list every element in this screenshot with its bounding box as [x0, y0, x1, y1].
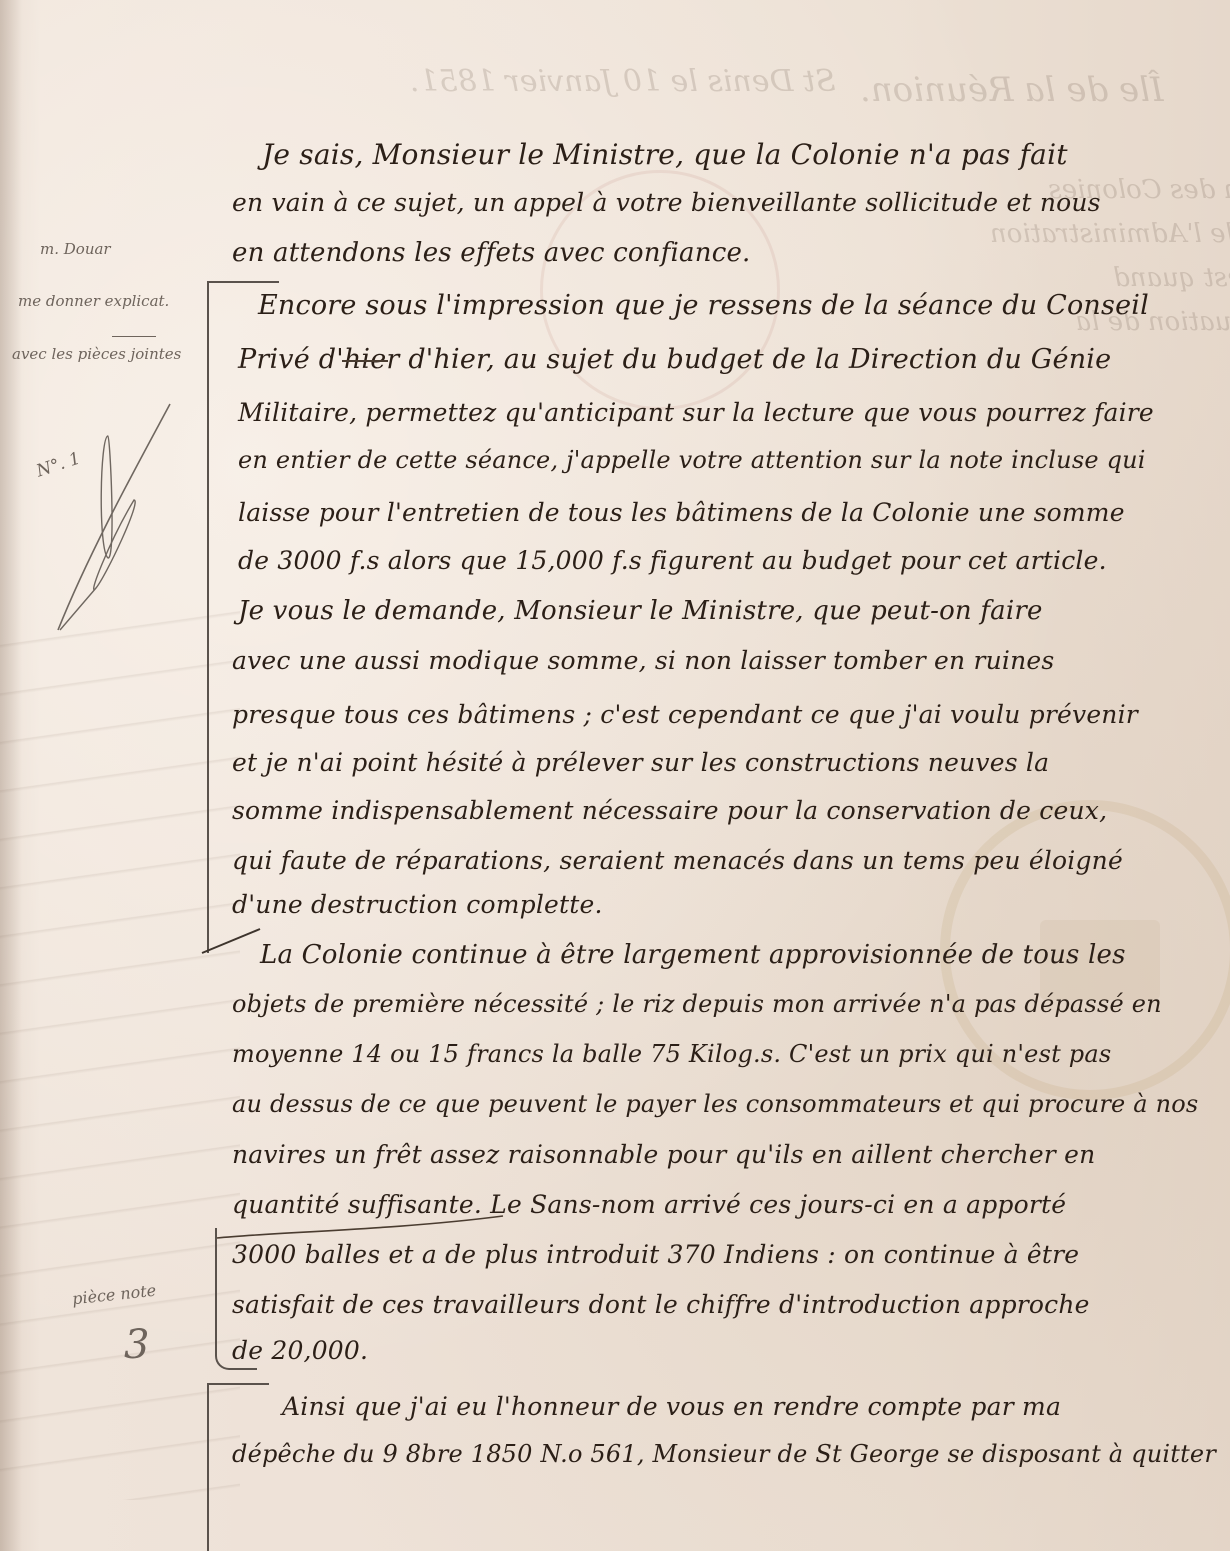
text-line: Militaire, permettez qu'anticipant sur l…: [238, 398, 1154, 427]
strikethrough-mark: [342, 360, 388, 362]
text-line: La Colonie continue à être largement app…: [260, 940, 1126, 970]
text-line: Je vous le demande, Monsieur le Ministre…: [238, 596, 1043, 626]
text-line: 3000 balles et a de plus introduit 370 I…: [232, 1240, 1079, 1269]
text-line: Ainsi que j'ai eu l'honneur de vous en r…: [282, 1392, 1061, 1421]
text-line: de 3000 f.s alors que 15,000 f.s figuren…: [238, 546, 1107, 575]
text-line: d'une destruction complette.: [232, 890, 603, 919]
text-line: Encore sous l'impression que je ressens …: [258, 290, 1149, 321]
text-line: en entier de cette séance, j'appelle vot…: [238, 446, 1146, 474]
text-line: dépêche du 9 8bre 1850 N.o 561, Monsieur…: [232, 1440, 1216, 1468]
manuscript-page: Île de la Réunion. St Denis le 10 Janvie…: [0, 0, 1230, 1551]
text-line: presque tous ces bâtimens ; c'est cepend…: [232, 700, 1138, 729]
text-line: Je sais, Monsieur le Ministre, que la Co…: [262, 138, 1068, 171]
text-line: en vain à ce sujet, un appel à votre bie…: [232, 188, 1101, 217]
letter-body: Je sais, Monsieur le Ministre, que la Co…: [0, 0, 1230, 1551]
text-line: avec une aussi modique somme, si non lai…: [232, 646, 1054, 675]
text-line: en attendons les effets avec confiance.: [232, 238, 751, 268]
text-line: satisfait de ces travailleurs dont le ch…: [232, 1290, 1090, 1319]
text-line: laisse pour l'entretien de tous les bâti…: [238, 498, 1125, 527]
text-line: navires un frêt assez raisonnable pour q…: [232, 1140, 1095, 1169]
suffisante-underline: [215, 1210, 505, 1240]
text-line: au dessus de ce que peuvent le payer les…: [232, 1090, 1198, 1118]
text-line: objets de première nécessité ; le riz de…: [232, 990, 1162, 1018]
text-line: qui faute de réparations, seraient menac…: [232, 846, 1123, 875]
text-line: moyenne 14 ou 15 francs la balle 75 Kilo…: [232, 1040, 1111, 1068]
text-line: somme indispensablement nécessaire pour …: [232, 796, 1107, 825]
text-line: de 20,000.: [232, 1336, 368, 1365]
text-line: et je n'ai point hésité à prélever sur l…: [232, 748, 1049, 777]
